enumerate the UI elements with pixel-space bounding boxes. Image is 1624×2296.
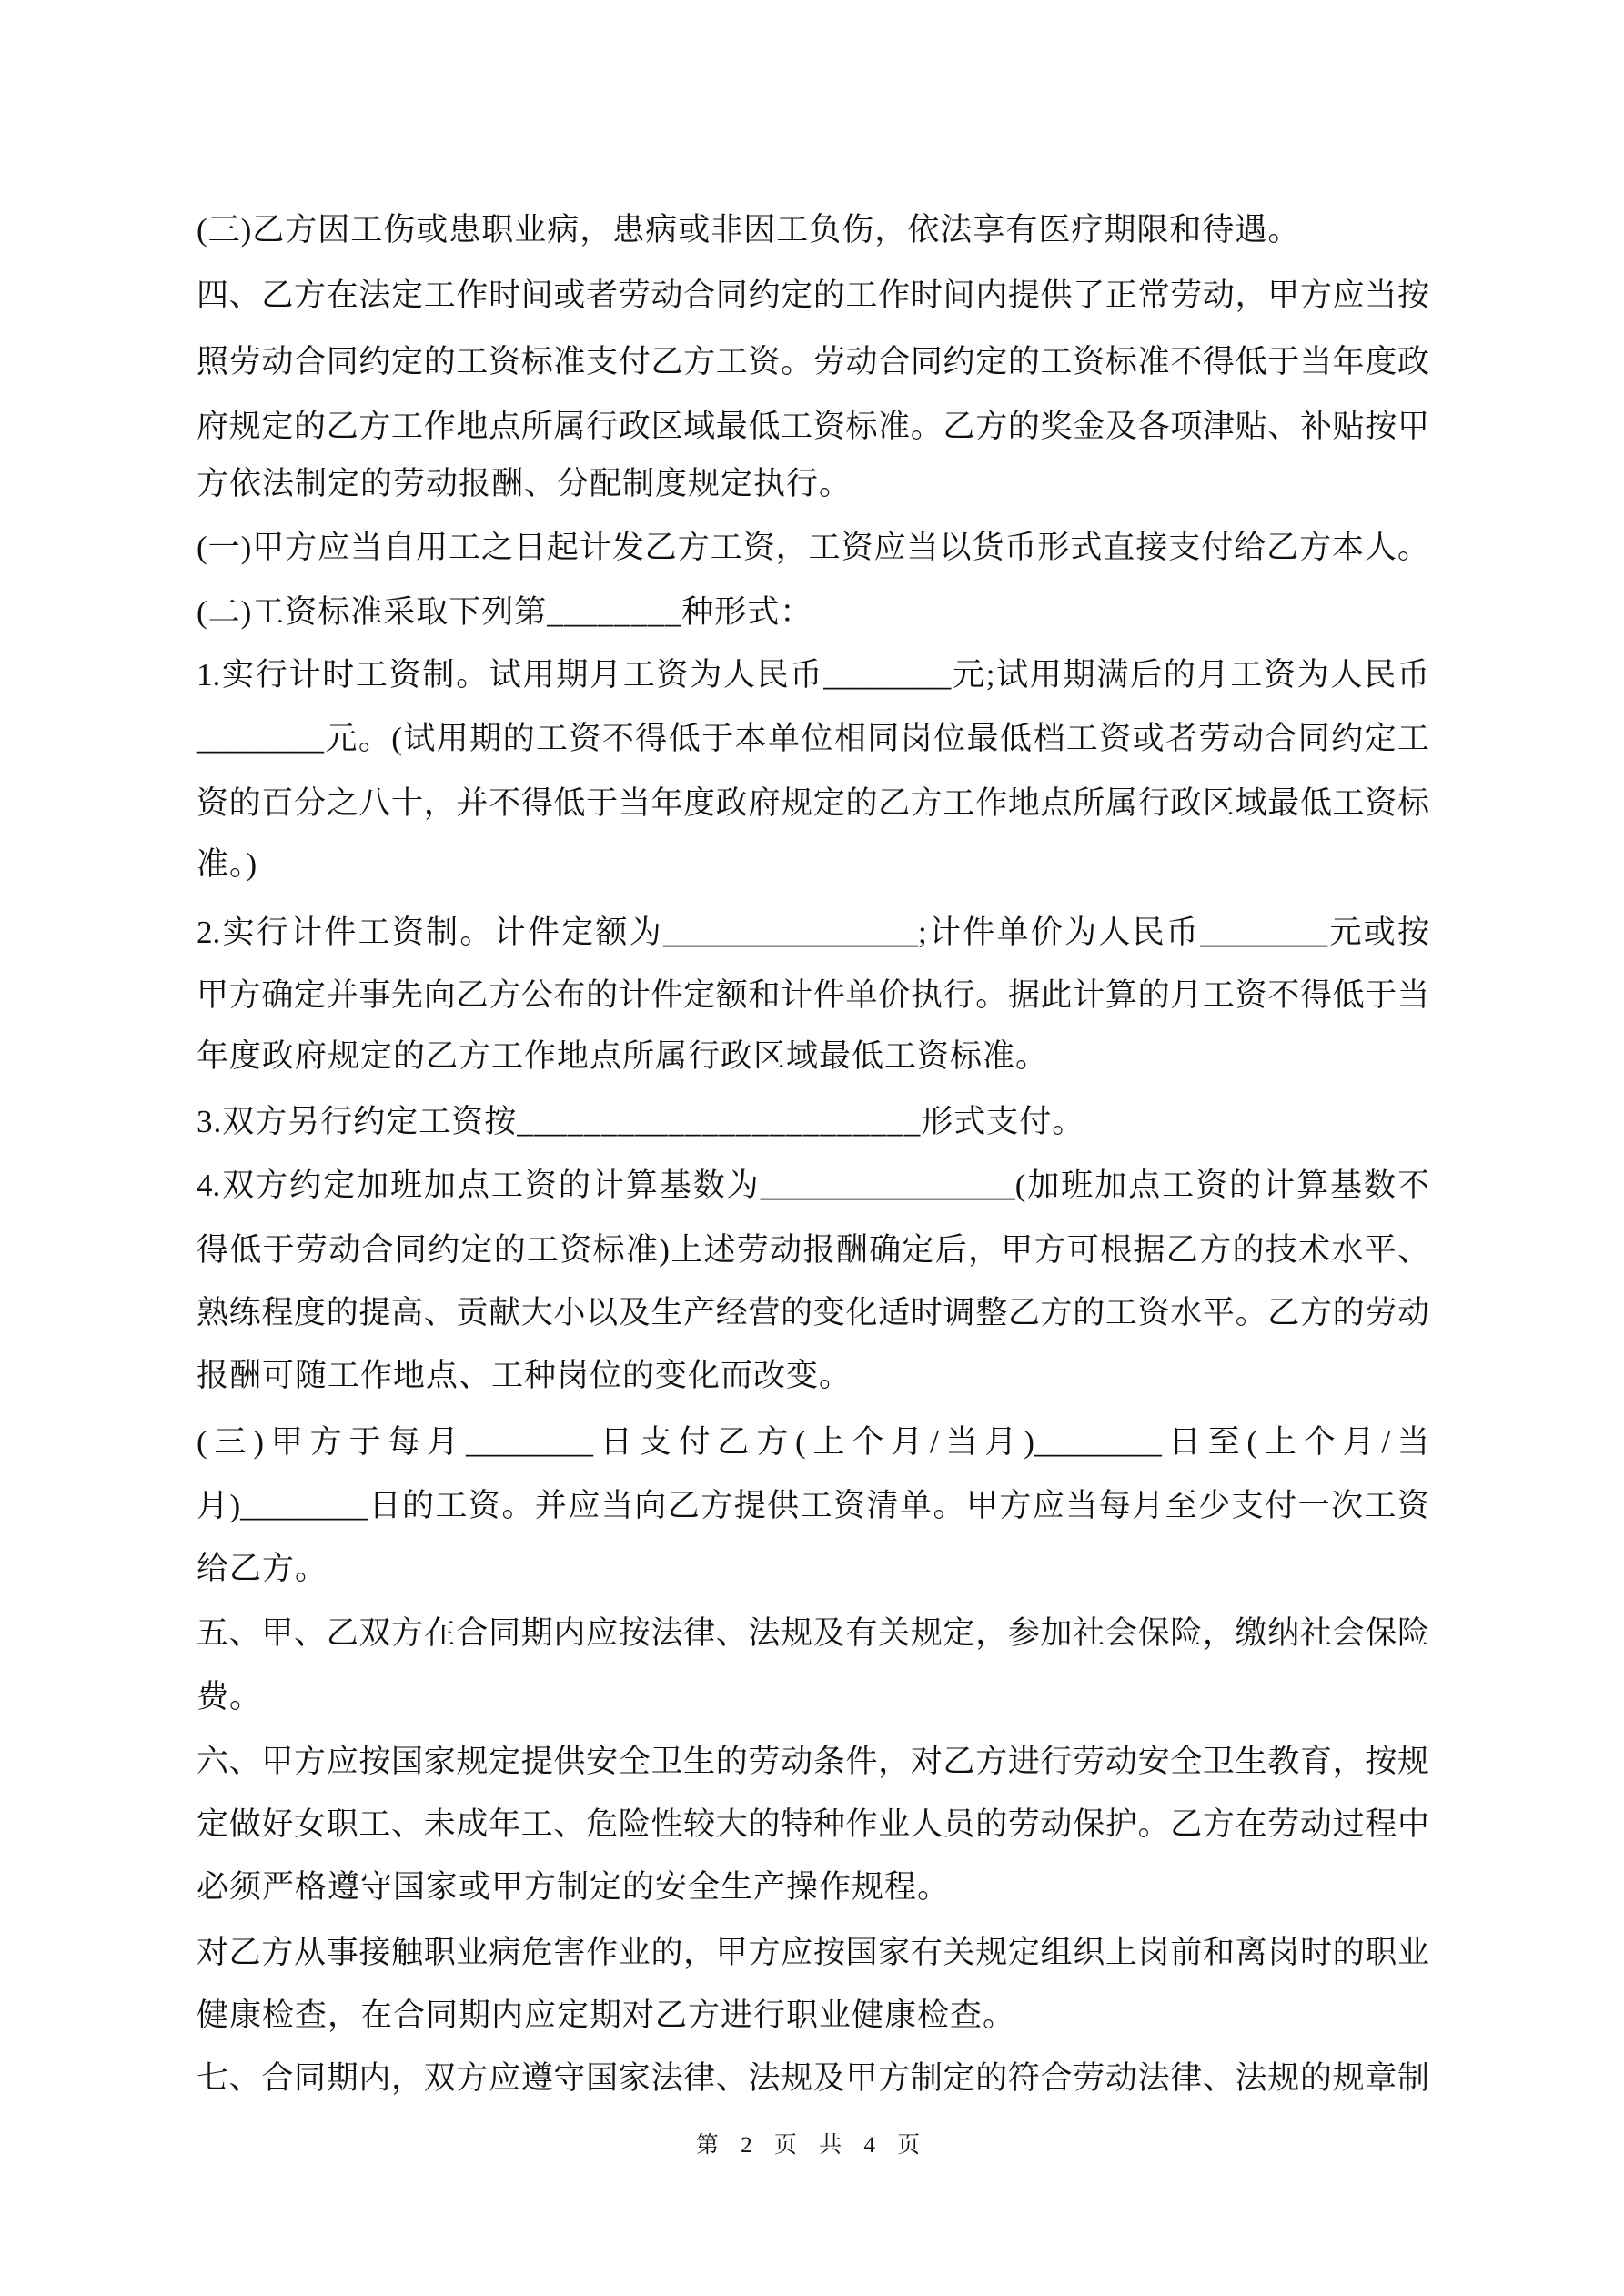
text-line: 报酬可随工作地点、工种岗位的变化而改变。	[197, 1356, 1429, 1396]
text-line: 照劳动合同约定的工资标准支付乙方工资。劳动合同约定的工资标准不得低于当年度政	[197, 342, 1429, 382]
text-line: ________元。(试用期的工资不得低于本单位相同岗位最低档工资或者劳动合同约…	[197, 719, 1429, 759]
text-line: 方依法制定的劳动报酬、分配制度规定执行。	[197, 464, 1429, 504]
text-line: 2.实行计件工资制。计件定额为________________;计件单价为人民币…	[197, 913, 1429, 953]
text-line: 资的百分之八十，并不得低于当年度政府规定的乙方工作地点所属行政区域最低工资标	[197, 784, 1429, 824]
text-line: (二)工资标准采取下列第________种形式：	[197, 592, 1429, 632]
text-line: 得低于劳动合同约定的工资标准)上述劳动报酬确定后，甲方可根据乙方的技术水平、	[197, 1230, 1429, 1270]
text-line: 定做好女职工、未成年工、危险性较大的特种作业人员的劳动保护。乙方在劳动过程中	[197, 1805, 1429, 1845]
text-line: 健康检查，在合同期内应定期对乙方进行职业健康检查。	[197, 1996, 1429, 2036]
text-line: 六、甲方应按国家规定提供安全卫生的劳动条件，对乙方进行劳动安全卫生教育，按规	[197, 1742, 1429, 1782]
text-line: 七、合同期内，双方应遵守国家法律、法规及甲方制定的符合劳动法律、法规的规章制	[197, 2058, 1429, 2099]
text-line: 五、甲、乙双方在合同期内应按法律、法规及有关规定，参加社会保险，缴纳社会保险	[197, 1613, 1429, 1654]
text-line: 1.实行计时工资制。试用期月工资为人民币________元;试用期满后的月工资为…	[197, 655, 1429, 695]
text-line: 府规定的乙方工作地点所属行政区域最低工资标准。乙方的奖金及各项津贴、补贴按甲	[197, 407, 1429, 447]
text-line: 给乙方。	[197, 1549, 1429, 1589]
text-line: 年度政府规定的乙方工作地点所属行政区域最低工资标准。	[197, 1037, 1429, 1077]
text-line: 熟练程度的提高、贡献大小以及生产经营的变化适时调整乙方的工资水平。乙方的劳动	[197, 1293, 1429, 1333]
text-line: 费。	[197, 1677, 1429, 1717]
text-line: 对乙方从事接触职业病危害作业的，甲方应按国家有关规定组织上岗前和离岗时的职业	[197, 1933, 1429, 1973]
text-line: (三)甲方于每月________日支付乙方(上个月/当月)________日至(…	[197, 1422, 1429, 1462]
text-line: (三)乙方因工伤或患职业病，患病或非因工负伤，依法享有医疗期限和待遇。	[197, 210, 1429, 250]
text-line: 月)________日的工资。并应当向乙方提供工资清单。甲方应当每月至少支付一次…	[197, 1486, 1429, 1526]
text-line: 4.双方约定加班加点工资的计算基数为________________(加班加点工…	[197, 1166, 1429, 1206]
text-line: 必须严格遵守国家或甲方制定的安全生产操作规程。	[197, 1867, 1429, 1907]
text-line: 准。)	[197, 845, 1429, 885]
page-footer: 第 2 页 共 4 页	[0, 2131, 1624, 2160]
document-page: (三)乙方因工伤或患职业病，患病或非因工负伤，依法享有医疗期限和待遇。四、乙方在…	[0, 0, 1624, 2296]
text-line: 甲方确定并事先向乙方公布的计件定额和计件单价执行。据此计算的月工资不得低于当	[197, 976, 1429, 1016]
text-line: (一)甲方应当自用工之日起计发乙方工资，工资应当以货币形式直接支付给乙方本人。	[197, 528, 1429, 568]
text-line: 3.双方另行约定工资按________________________形式支付。	[197, 1102, 1429, 1142]
text-line: 四、乙方在法定工作时间或者劳动合同约定的工作时间内提供了正常劳动，甲方应当按	[197, 276, 1429, 316]
